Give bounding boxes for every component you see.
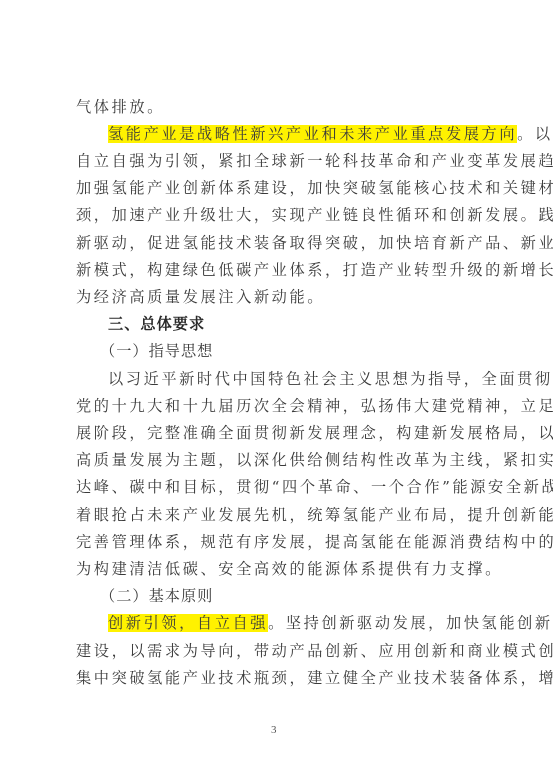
paragraph-line: 氢能产业是战略性新兴产业和未来产业重点发展方向。以科技 (108, 124, 478, 144)
paragraph-line: 以习近平新时代中国特色社会主义思想为指导，全面贯彻落实 (108, 369, 478, 389)
highlighted-text: 创新引领，自立自强 (108, 614, 268, 632)
paragraph-line: 完善管理体系，规范有序发展，提高氢能在能源消费结构中的比重， (76, 532, 478, 552)
paragraph-line: 新模式，构建绿色低碳产业体系，打造产业转型升级的新增长点， (76, 260, 478, 280)
paragraph-line: 加强氢能产业创新体系建设，加快突破氢能核心技术和关键材料瓶 (76, 178, 478, 198)
paragraph-line: 着眼抢占未来产业发展先机，统筹氢能产业布局，提升创新能力， (76, 505, 478, 525)
paragraph-line: 高质量发展为主题，以深化供给侧结构性改革为主线，紧扣实现碳 (76, 450, 478, 470)
paragraph-line: 集中突破氢能产业技术瓶颈，建立健全产业技术装备体系，增强产 (76, 668, 478, 688)
paragraph-line: 创新引领，自立自强。坚持创新驱动发展，加快氢能创新体系 (108, 613, 478, 633)
paragraph-line: 为经济高质量发展注入新动能。 (76, 287, 478, 307)
subsection-heading: （二）基本原则 (100, 586, 502, 606)
page-number: 3 (271, 724, 277, 736)
subsection-heading: （一）指导思想 (100, 341, 502, 361)
document-page: 气体排放。 氢能产业是战略性新兴产业和未来产业重点发展方向。以科技 自立自强为引… (0, 0, 553, 782)
section-heading: 三、总体要求 (108, 314, 478, 334)
paragraph-line: 新驱动，促进氢能技术装备取得突破，加快培育新产品、新业态、 (76, 233, 478, 253)
paragraph-line: 为构建清洁低碳、安全高效的能源体系提供有力支撑。 (76, 559, 478, 579)
paragraph-line: 颈，加速产业升级壮大，实现产业链良性循环和创新发展。践行创 (76, 205, 478, 225)
paragraph-line: 展阶段，完整准确全面贯彻新发展理念，构建新发展格局，以推动 (76, 423, 478, 443)
paragraph-line: 达峰、碳中和目标，贯彻“四个革命、一个合作”能源安全新战略， (76, 477, 478, 497)
paragraph-line: 气体排放。 (76, 97, 478, 117)
paragraph-line: 党的十九大和十九届历次全会精神，弘扬伟大建党精神，立足新发 (76, 396, 478, 416)
paragraph-line: 自立自强为引领，紧扣全球新一轮科技革命和产业变革发展趋势， (76, 151, 478, 171)
highlighted-text: 氢能产业是战略性新兴产业和未来产业重点发展方向 (108, 125, 517, 143)
paragraph-line: 建设，以需求为导向，带动产品创新、应用创新和商业模式创新。 (76, 641, 478, 661)
